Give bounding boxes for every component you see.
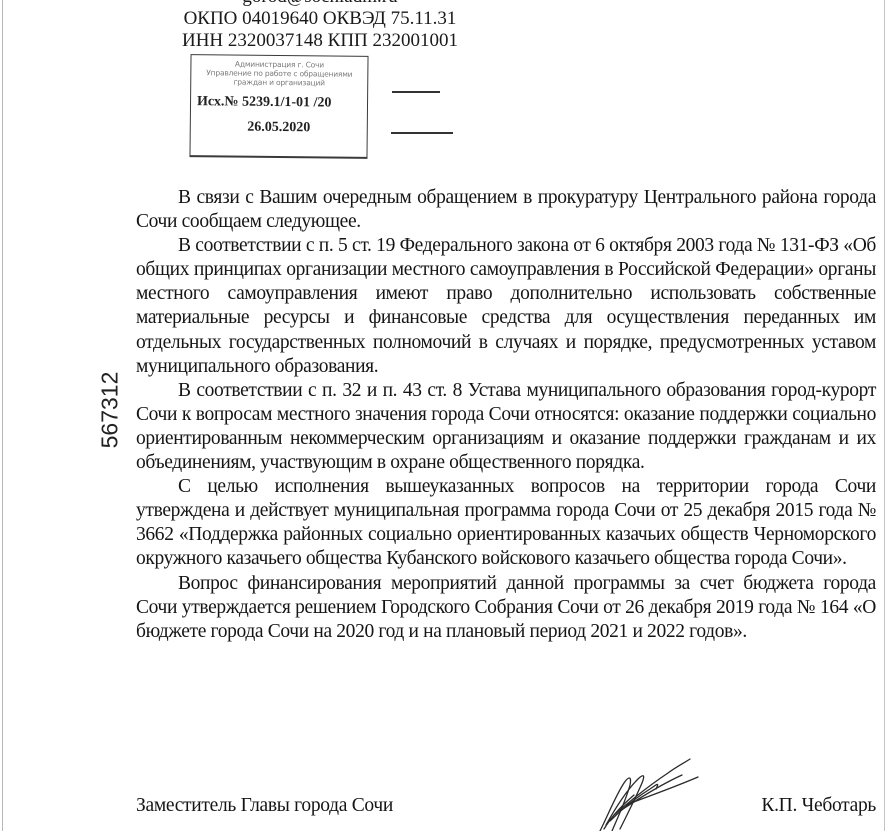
blank-line <box>392 91 440 93</box>
letterhead-details: gorod@sochiadm.ru ОКПО 04019640 ОКВЭД 75… <box>140 0 500 52</box>
paragraph: Вопрос финансирования мероприятий данной… <box>136 572 876 644</box>
registration-stamp: Администрация г. Сочи Управление по рабо… <box>189 54 368 159</box>
outgoing-number: Исх.№ 5239.1/1-01 /20 <box>197 94 367 112</box>
stamp-date: 26.05.2020 <box>191 119 367 137</box>
email-line: gorod@sochiadm.ru <box>140 0 500 8</box>
paragraph: В соответствии с п. 32 и п. 43 ст. 8 Уст… <box>136 379 876 475</box>
paragraph: С целью исполнения вышеуказанных вопросо… <box>136 475 876 571</box>
paragraph: В соответствии с п. 5 ст. 19 Федеральног… <box>136 234 876 379</box>
page-edge-left <box>2 0 3 831</box>
page-edge-right <box>884 0 885 831</box>
paragraph: В связи с Вашим очередным обращением в п… <box>136 186 876 234</box>
inn-line: ИНН 2320037148 КПП 232001001 <box>140 30 500 52</box>
blank-line <box>391 132 453 134</box>
letter-body: В связи с Вашим очередным обращением в п… <box>136 186 876 644</box>
okpo-line: ОКПО 04019640 ОКВЭД 75.11.31 <box>140 8 500 30</box>
stamp-organization: Администрация г. Сочи Управление по рабо… <box>191 59 367 88</box>
side-document-number: 567312 <box>97 372 124 449</box>
signature-scribble-icon <box>590 755 710 831</box>
stamp-org-line: граждан и организаций <box>191 77 367 88</box>
signatory-title: Заместитель Главы города Сочи <box>136 795 393 817</box>
signatory-name: К.П. Чеботарь <box>761 795 876 817</box>
